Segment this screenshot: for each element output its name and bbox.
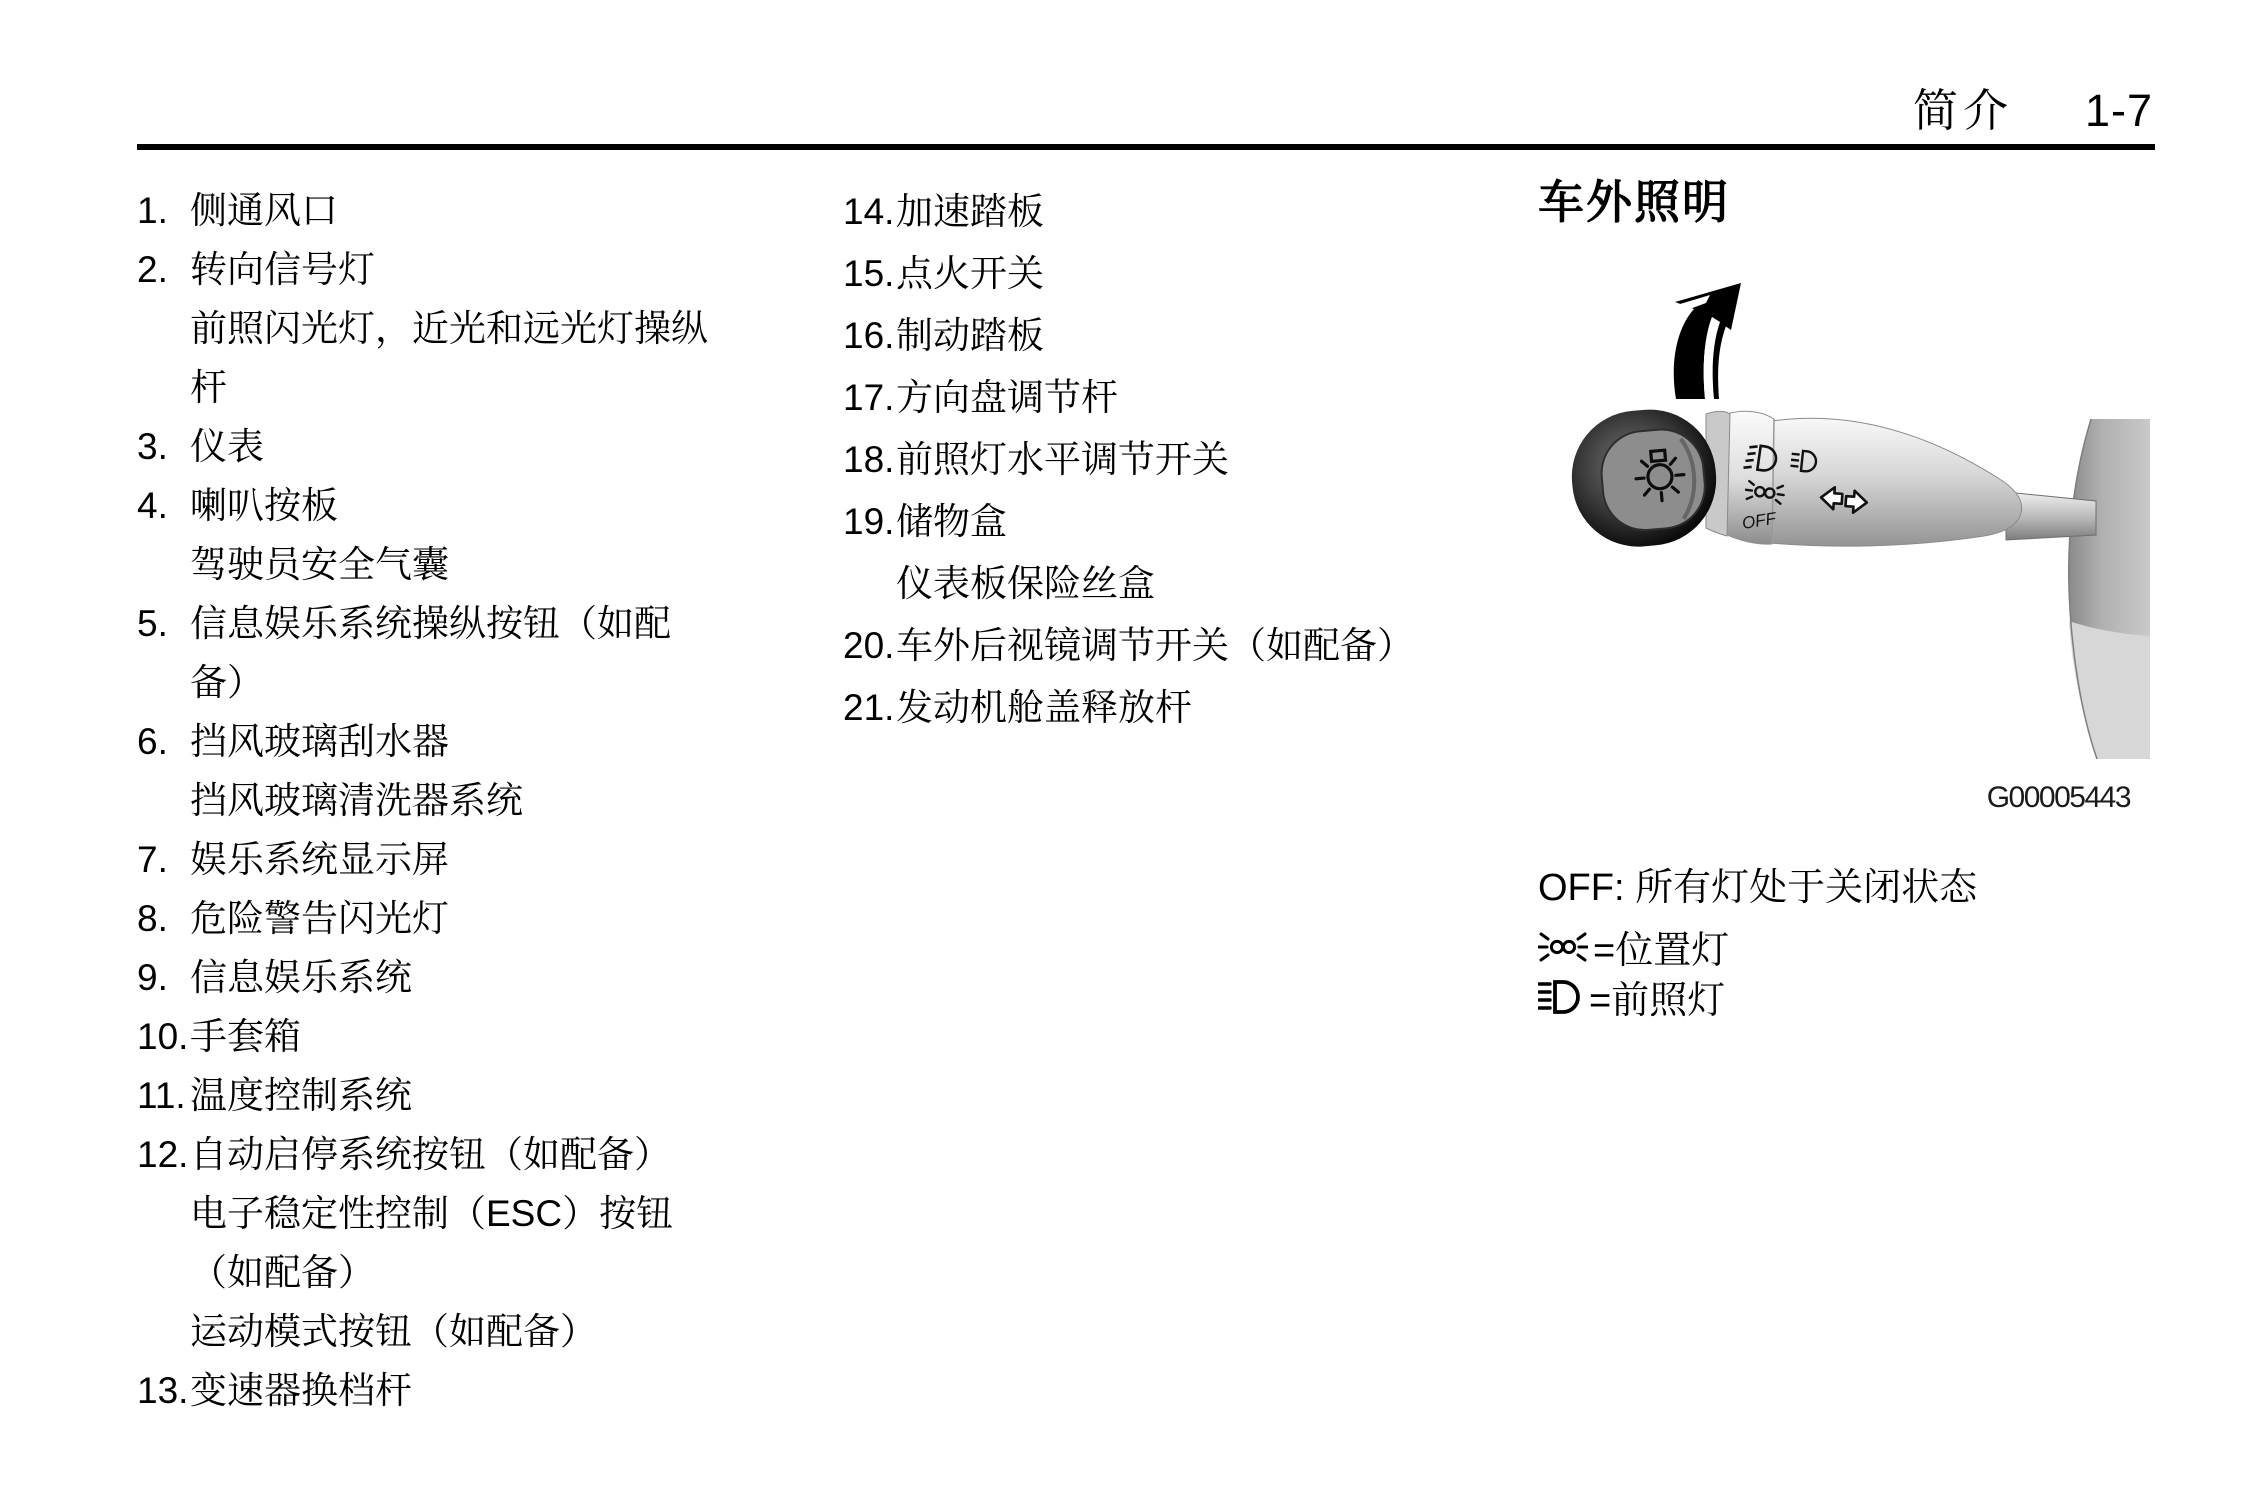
list-item: 1. 侧通风口	[137, 181, 837, 240]
list-item-text: 点火开关	[896, 243, 1503, 305]
list-item-text: 杆	[190, 358, 837, 417]
list-item-text: 喇叭按板	[190, 476, 837, 535]
rotate-up-arrow-icon	[1674, 283, 1741, 399]
list-item: 18. 前照灯水平调节开关	[843, 429, 1503, 491]
list-item-text: 仪表板保险丝盒	[896, 553, 1503, 615]
list-item-number: 14.	[843, 181, 894, 243]
list-item-text: 信息娱乐系统操纵按钮（如配	[190, 594, 837, 653]
list-item-number: 19.	[843, 491, 894, 553]
list-item-text: 前照闪光灯，近光和远光灯操纵	[190, 299, 837, 358]
list-item-text: 电子稳定性控制（ESC）按钮	[190, 1184, 837, 1243]
list-item-number: 13.	[137, 1361, 188, 1420]
legend-headlamp-label: =前照灯	[1589, 969, 1725, 1024]
list-item-number: 1.	[137, 181, 168, 240]
list-item: 8. 危险警告闪光灯	[137, 889, 837, 948]
list-item-number: 20.	[843, 615, 894, 677]
list-item: 仪表板保险丝盒	[843, 553, 1503, 615]
list-item-text: 手套箱	[190, 1007, 837, 1066]
list-item: 挡风玻璃清洗器系统	[137, 771, 837, 830]
list-item-text: 储物盒	[896, 491, 1503, 553]
list-item: 2. 转向信号灯	[137, 240, 837, 299]
list-item-number: 7.	[137, 830, 168, 889]
list-item-text: 发动机舱盖释放杆	[896, 677, 1503, 739]
list-item-text: 挡风玻璃刮水器	[190, 712, 837, 771]
list-item-number: 17.	[843, 367, 894, 429]
list-item-number: 21.	[843, 677, 894, 739]
list-item-text: 转向信号灯	[190, 240, 837, 299]
list-item: 杆	[137, 358, 837, 417]
list-item-number: 10.	[137, 1007, 188, 1066]
list-item-text: 侧通风口	[190, 181, 837, 240]
list-item-number: 15.	[843, 243, 894, 305]
legend-headlamp-line: =前照灯	[1538, 969, 1725, 1024]
legend-position-label: =位置灯	[1593, 919, 1729, 974]
list-item-number: 16.	[843, 305, 894, 367]
list-item-text: 娱乐系统显示屏	[190, 830, 837, 889]
list-item: 7. 娱乐系统显示屏	[137, 830, 837, 889]
list-item: 5. 信息娱乐系统操纵按钮（如配	[137, 594, 837, 653]
list-item: 20. 车外后视镜调节开关（如配备）	[843, 615, 1503, 677]
page-title: 车外照明	[1538, 166, 1730, 232]
callout-list-middle: 14. 加速踏板 15. 点火开关 16. 制动踏板 17. 方向盘调节杆 18…	[843, 181, 1503, 739]
light-stalk-illustration: OFF	[1560, 272, 2160, 772]
page-header: 简介 1-7	[1913, 74, 2153, 139]
list-item-text: 信息娱乐系统	[190, 948, 837, 1007]
list-item-number: 3.	[137, 417, 168, 476]
legend-position-line: =位置灯	[1538, 919, 1729, 974]
list-item-text: 仪表	[190, 417, 837, 476]
list-item-text: 运动模式按钮（如配备）	[190, 1302, 837, 1361]
list-item-number: 18.	[843, 429, 894, 491]
section-title: 简介	[1913, 74, 2013, 139]
list-item-text: 温度控制系统	[190, 1066, 837, 1125]
steering-column	[2069, 419, 2150, 759]
list-item: 21. 发动机舱盖释放杆	[843, 677, 1503, 739]
list-item: 10. 手套箱	[137, 1007, 837, 1066]
list-item-number: 2.	[137, 240, 168, 299]
list-item-text: 驾驶员安全气囊	[190, 535, 837, 594]
list-item: 17. 方向盘调节杆	[843, 367, 1503, 429]
list-item-text: 变速器换档杆	[190, 1361, 837, 1420]
list-item-text: 制动踏板	[896, 305, 1503, 367]
list-item: 14. 加速踏板	[843, 181, 1503, 243]
list-item: 运动模式按钮（如配备）	[137, 1302, 837, 1361]
list-item-number: 8.	[137, 889, 168, 948]
list-item-number: 11.	[137, 1066, 186, 1125]
list-item-text: 自动启停系统按钮（如配备）	[190, 1125, 837, 1184]
list-item: 15. 点火开关	[843, 243, 1503, 305]
list-item: 驾驶员安全气囊	[137, 535, 837, 594]
list-item-text: 方向盘调节杆	[896, 367, 1503, 429]
list-item: 13. 变速器换档杆	[137, 1361, 837, 1420]
list-item-number: 4.	[137, 476, 168, 535]
list-item-number: 5.	[137, 594, 168, 653]
list-item-text: 车外后视镜调节开关（如配备）	[896, 615, 1503, 677]
list-item: 12. 自动启停系统按钮（如配备）	[137, 1125, 837, 1184]
list-item: 前照闪光灯，近光和远光灯操纵	[137, 299, 837, 358]
list-item: 3. 仪表	[137, 417, 837, 476]
list-item: 备）	[137, 653, 837, 712]
list-item-text: 危险警告闪光灯	[190, 889, 837, 948]
stalk-body	[1770, 418, 2022, 546]
list-item: 9. 信息娱乐系统	[137, 948, 837, 1007]
list-item-text: 挡风玻璃清洗器系统	[190, 771, 837, 830]
list-item: 16. 制动踏板	[843, 305, 1503, 367]
callout-list-left: 1. 侧通风口 2. 转向信号灯 前照闪光灯，近光和远光灯操纵 杆 3. 仪表 …	[137, 181, 837, 1420]
list-item: 电子稳定性控制（ESC）按钮	[137, 1184, 837, 1243]
page-number: 1-7	[2085, 85, 2153, 137]
list-item: 4. 喇叭按板	[137, 476, 837, 535]
list-item: （如配备）	[137, 1243, 837, 1302]
list-item-number: 9.	[137, 948, 168, 1007]
position-lamps-icon	[1538, 930, 1588, 964]
list-item-number: 12.	[137, 1125, 188, 1184]
stalk-knob	[1566, 404, 1721, 552]
list-item: 6. 挡风玻璃刮水器	[137, 712, 837, 771]
list-item: 11. 温度控制系统	[137, 1066, 837, 1125]
list-item-text: 备）	[190, 653, 837, 712]
list-item-text: 加速踏板	[896, 181, 1503, 243]
list-item-number: 6.	[137, 712, 168, 771]
headlamp-icon	[1538, 980, 1584, 1014]
header-rule	[137, 144, 2155, 150]
list-item-text: 前照灯水平调节开关	[896, 429, 1503, 491]
list-item-text: （如配备）	[190, 1243, 837, 1302]
list-item: 19. 储物盒	[843, 491, 1503, 553]
legend-off-line: OFF: 所有灯处于关闭状态	[1538, 856, 1977, 911]
figure-caption: G00005443	[1560, 781, 2130, 815]
